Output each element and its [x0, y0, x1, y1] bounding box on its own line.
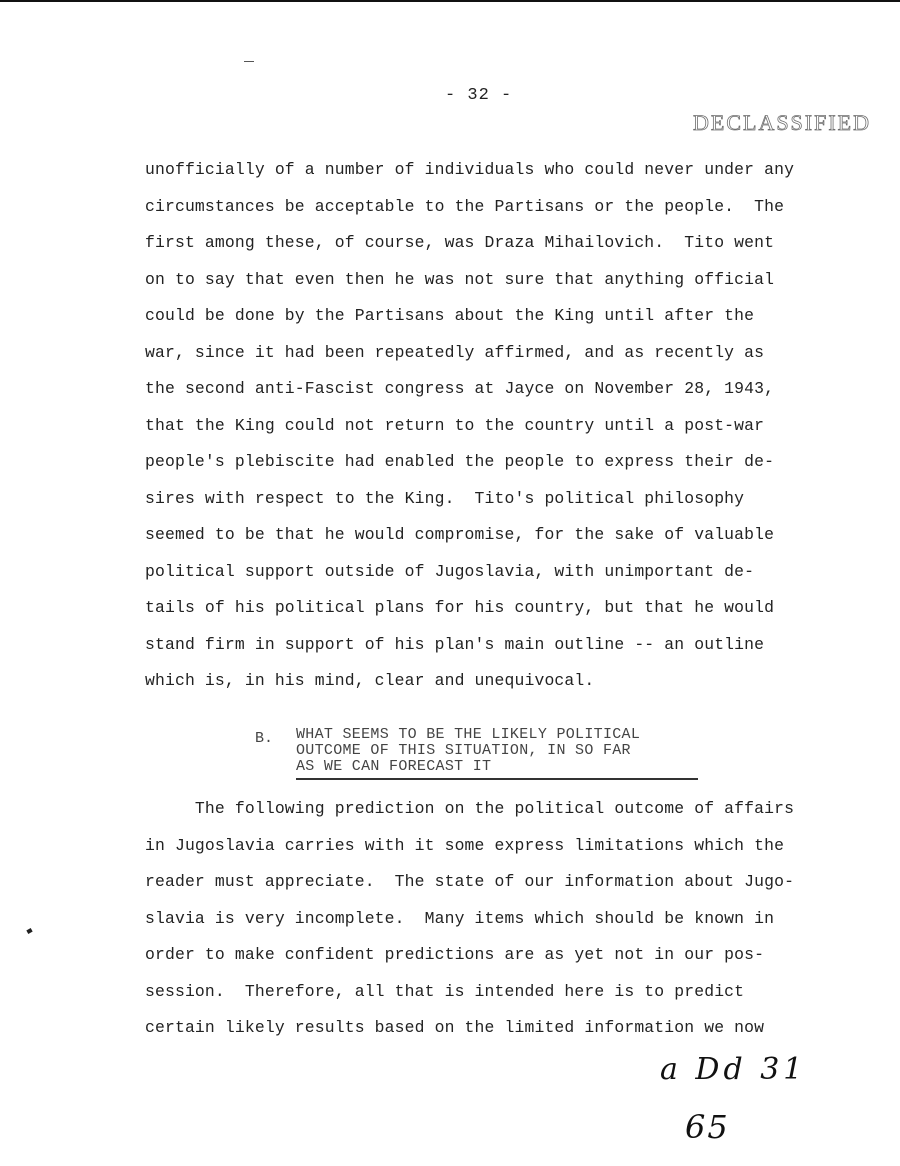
- section-letter: B.: [255, 730, 273, 747]
- page-number: - 32 -: [445, 86, 512, 105]
- text-line: political support outside of Jugoslavia,…: [145, 554, 865, 591]
- handwritten-annotation: 65: [685, 1108, 730, 1146]
- text-line: reader must appreciate. The state of our…: [145, 864, 865, 901]
- text-line: certain likely results based on the limi…: [145, 1010, 865, 1047]
- scan-top-edge: [0, 0, 900, 2]
- text-line: that the King could not return to the co…: [145, 408, 865, 445]
- text-line: first among these, of course, was Draza …: [145, 225, 865, 262]
- margin-ink-mark: [26, 928, 32, 934]
- section-title-line: OUTCOME OF THIS SITUATION, IN SO FAR: [296, 743, 706, 759]
- text-line: The following prediction on the politica…: [145, 791, 865, 828]
- section-title-underline: [296, 778, 698, 780]
- text-line: unofficially of a number of individuals …: [145, 152, 865, 189]
- text-line: people's plebiscite had enabled the peop…: [145, 444, 865, 481]
- text-line: which is, in his mind, clear and unequiv…: [145, 663, 865, 700]
- text-line: slavia is very incomplete. Many items wh…: [145, 901, 865, 938]
- text-line: circumstances be acceptable to the Parti…: [145, 189, 865, 226]
- scan-speck: [244, 61, 254, 62]
- text-line: in Jugoslavia carries with it some expre…: [145, 828, 865, 865]
- body-paragraph-2: The following prediction on the politica…: [145, 791, 865, 1047]
- text-line: seemed to be that he would compromise, f…: [145, 517, 865, 554]
- declassified-stamp: DECLASSIFIED: [693, 110, 871, 136]
- section-title: WHAT SEEMS TO BE THE LIKELY POLITICAL OU…: [296, 727, 706, 775]
- text-line: the second anti-Fascist congress at Jayc…: [145, 371, 865, 408]
- text-line: sires with respect to the King. Tito's p…: [145, 481, 865, 518]
- text-line: on to say that even then he was not sure…: [145, 262, 865, 299]
- text-line: could be done by the Partisans about the…: [145, 298, 865, 335]
- section-title-line: AS WE CAN FORECAST IT: [296, 759, 706, 775]
- text-line: order to make confident predictions are …: [145, 937, 865, 974]
- body-paragraph-1: unofficially of a number of individuals …: [145, 152, 865, 700]
- handwritten-annotation: a Dd 31: [660, 1052, 806, 1087]
- text-line: session. Therefore, all that is intended…: [145, 974, 865, 1011]
- text-line: stand firm in support of his plan's main…: [145, 627, 865, 664]
- text-line: tails of his political plans for his cou…: [145, 590, 865, 627]
- text-line: war, since it had been repeatedly affirm…: [145, 335, 865, 372]
- section-title-line: WHAT SEEMS TO BE THE LIKELY POLITICAL: [296, 727, 706, 743]
